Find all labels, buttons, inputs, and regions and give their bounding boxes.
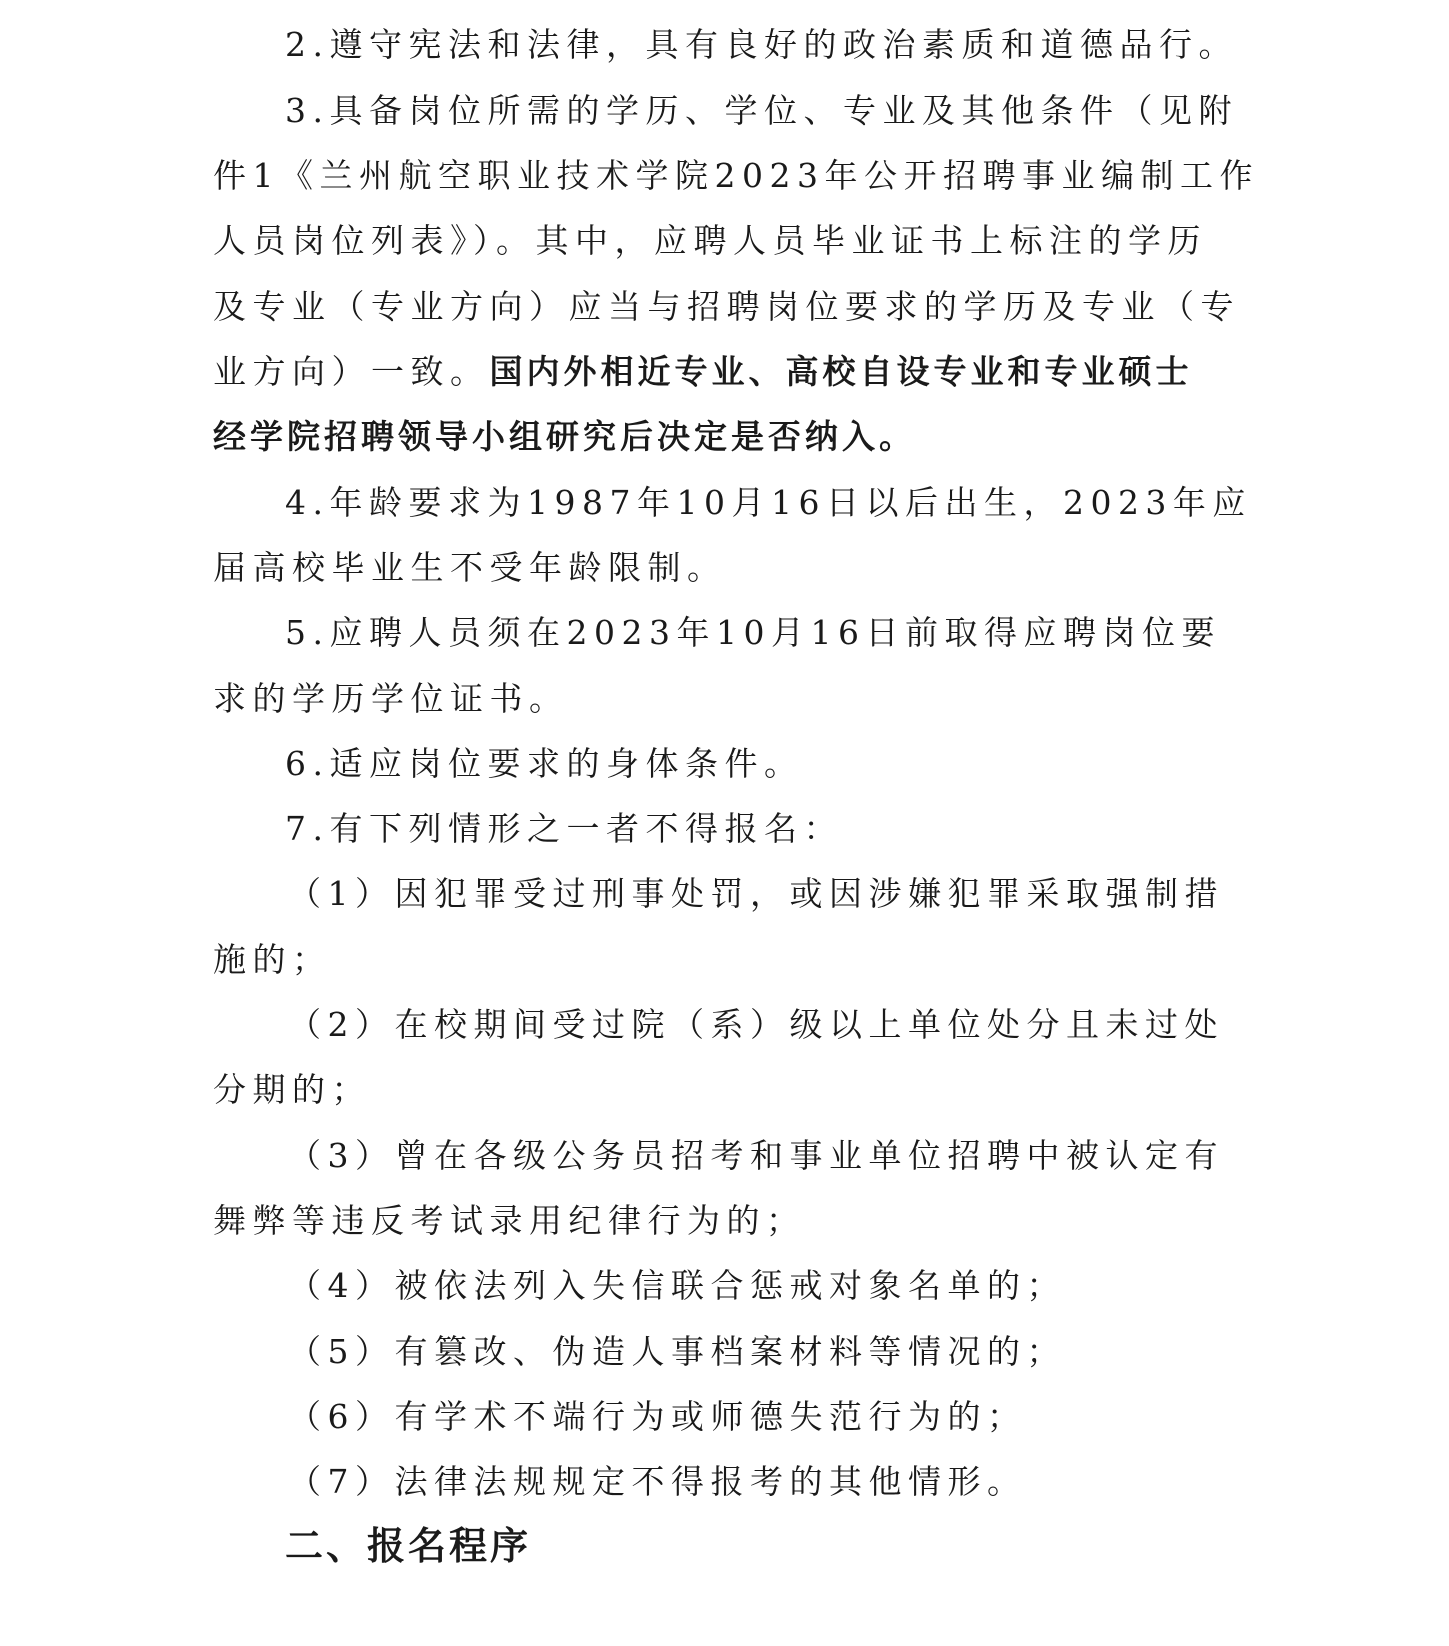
item-7-sub-1-line-1: （1）因犯罪受过刑事处罚，或因涉嫌犯罪采取强制措 [288,869,1175,919]
item-7-sub-6-line-1: （6）有学术不端行为或师德失范行为的； [288,1392,1175,1442]
bold-emphasis-text: 国内外相近专业、高校自设专业和专业硕士 [490,352,1193,391]
paragraph-item-4-line-1: 4.年龄要求为1987年10月16日以后出生，2023年应 [285,478,1175,528]
paragraph-item-5-line-1: 5.应聘人员须在2023年10月16日前取得应聘岗位要 [285,608,1175,658]
paragraph-item-3-line-3: 人员岗位列表》）。其中，应聘人员毕业证书上标注的学历 [213,216,1175,266]
item-7-sub-7-line-1: （7）法律法规规定不得报考的其他情形。 [288,1457,1175,1507]
item-7-sub-4-line-1: （4）被依法列入失信联合惩戒对象名单的； [288,1261,1175,1311]
item-7-sub-2-line-1: （2）在校期间受过院（系）级以上单位处分且未过处 [288,1000,1175,1050]
item-7-sub-1-line-2: 施的； [213,935,1175,985]
paragraph-item-2-line-1: 2.遵守宪法和法律，具有良好的政治素质和道德品行。 [285,20,1175,70]
section-heading: 二、报名程序 [285,1518,531,1574]
document-page: 2.遵守宪法和法律，具有良好的政治素质和道德品行。 3.具备岗位所需的学历、学位… [0,0,1449,1646]
paragraph-item-3-line-1: 3.具备岗位所需的学历、学位、专业及其他条件（见附 [285,86,1175,136]
item-7-sub-3-line-2: 舞弊等违反考试录用纪律行为的； [213,1196,1175,1246]
item-7-sub-2-line-2: 分期的； [213,1065,1175,1115]
paragraph-item-7-line-1: 7.有下列情形之一者不得报名： [285,804,1175,854]
paragraph-item-4-line-2: 届高校毕业生不受年龄限制。 [213,543,1175,593]
paragraph-item-3-line-5: 业方向）一致。国内外相近专业、高校自设专业和专业硕士 [213,347,1175,397]
normal-text: 业方向）一致。 [213,352,490,391]
paragraph-item-3-line-6-bold: 经学院招聘领导小组研究后决定是否纳入。 [213,412,1175,462]
item-7-sub-5-line-1: （5）有篡改、伪造人事档案材料等情况的； [288,1327,1175,1377]
paragraph-item-3-line-2: 件1《兰州航空职业技术学院2023年公开招聘事业编制工作 [213,151,1175,201]
item-7-sub-3-line-1: （3）曾在各级公务员招考和事业单位招聘中被认定有 [288,1131,1175,1181]
paragraph-item-5-line-2: 求的学历学位证书。 [213,674,1175,724]
paragraph-item-3-line-4: 及专业（专业方向）应当与招聘岗位要求的学历及专业（专 [213,282,1175,332]
paragraph-item-6-line-1: 6.适应岗位要求的身体条件。 [285,739,1175,789]
